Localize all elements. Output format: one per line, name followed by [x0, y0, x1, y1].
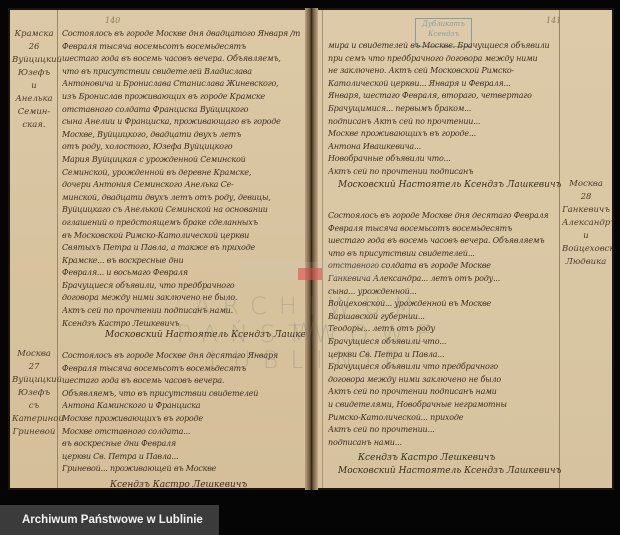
- text-line: Варшавской губернии...: [328, 311, 556, 324]
- margin-note-line: Крамска: [12, 28, 56, 41]
- margin-note-line: Ганкевичъ: [562, 204, 610, 217]
- text-line: шестаго года въ восемь часовъ вечера.: [62, 375, 300, 388]
- text-line: Ганкевича Александра... летъ отъ роду...: [328, 273, 556, 286]
- text-line: отставного солдата въ городе Москве: [328, 260, 556, 273]
- text-line: не заключено. Актъ сей Московской Римско…: [328, 65, 556, 78]
- text-line: сына Анелии и Франциска, проживающаго въ…: [62, 116, 300, 129]
- text-line: отъ роду, холостого, Юзефа Вуйцицкого: [62, 141, 300, 154]
- text-line: Антона Каминского и Франциска: [62, 400, 300, 413]
- book-spine: [305, 8, 318, 490]
- text-line: Актъ сей по прочтении подписанъ: [328, 166, 556, 179]
- text-line: Состоялось въ городе Москве дня десятаго…: [328, 210, 556, 223]
- text-line: Брачущимися... первымъ браком...: [328, 103, 556, 116]
- entry-28-margin-note: Москва 28 Ганкевичъ Александръ и Войцехо…: [562, 178, 610, 269]
- text-line: Января, шестаго Февраля, втораго, четвер…: [328, 90, 556, 103]
- stamp-line: Ксендзъ: [416, 29, 471, 39]
- text-line: въ воскресные дни Февраля: [62, 438, 300, 451]
- text-line: Брачущиеся объявили, что предбрачного: [62, 280, 300, 293]
- text-line: Москве, Вуйцицкого, двадцати двухъ летъ: [62, 129, 300, 142]
- text-line: оглашений о предстоящемъ браке сделанных…: [62, 217, 300, 230]
- text-line: Актъ сей по прочтении...: [328, 424, 556, 437]
- text-line: Католической церкви... Января и Февраля.…: [328, 78, 556, 91]
- right-entry-continuation-signature: Московский Настоятель Ксендзъ Лашкевичъ: [338, 180, 562, 190]
- text-line: мира и свидетелей въ Москве. Брачущиеся …: [328, 40, 556, 53]
- text-line: церкви Св. Петра и Павла...: [62, 451, 300, 464]
- text-line: Ксендзъ Кастро Лешкевичъ: [62, 318, 300, 331]
- margin-note-line: 27: [12, 361, 56, 374]
- stamp-line: Дубликатъ: [416, 19, 471, 29]
- text-line: минской, двадцати двухъ летъ отъ роду, д…: [62, 192, 300, 205]
- margin-note-line: Вуйцицкий: [12, 54, 56, 67]
- entry-28-text: Состоялось въ городе Москве дня десятаго…: [328, 210, 556, 449]
- entry-26-signature: Московский Настоятель Ксендзъ Лашкевичъ: [105, 330, 306, 340]
- right-inner-rule: [322, 10, 323, 488]
- text-line: церкви Св. Петра и Павла...: [328, 349, 556, 362]
- text-line: Войцеховской... урожденной въ Москве: [328, 298, 556, 311]
- margin-note-line: Войцеховская: [562, 243, 610, 256]
- left-page-number: 140: [105, 16, 120, 25]
- margin-note-line: Катериной: [12, 413, 56, 426]
- text-line: Римско-Католической... приходе: [328, 412, 556, 425]
- text-line: Февраля тысяча восемьсотъ восемьдесятъ: [62, 363, 300, 376]
- text-line: Актъ сей по прочтении подписанъ нами: [328, 386, 556, 399]
- entry-26-text: Состоялось въ городе Москве дня двадцато…: [62, 28, 300, 330]
- text-line: подписанъ Актъ сей по прочтении...: [328, 116, 556, 129]
- margin-note-line: Людвика: [562, 256, 610, 269]
- text-line: Февраля... и восьмаго Февраля: [62, 267, 300, 280]
- margin-note-line: 26: [12, 41, 56, 54]
- text-line: Крамске... въ воскресные дни: [62, 255, 300, 268]
- margin-note-line: Анелька: [12, 93, 56, 106]
- right-page-number: 141: [546, 16, 561, 25]
- text-line: при семъ что предбрачного договора между…: [328, 53, 556, 66]
- text-line: Теодоры... летъ отъ роду: [328, 323, 556, 336]
- margin-note-line: Семин-: [12, 106, 56, 119]
- text-line: договора между ними заключено не было: [328, 374, 556, 387]
- text-line: Антона Ивашкевича...: [328, 141, 556, 154]
- entry-27-signature: Ксендзъ Кастро Лешкевичъ: [110, 480, 247, 488]
- text-line: Гриневой... проживающей въ Москве: [62, 463, 300, 476]
- text-line: Февраля тысяча восемьсотъ восемьдесятъ: [62, 41, 300, 54]
- left-page: 140 Крамска 26 Вуйцицкий Юзефъ и Анелька…: [10, 10, 306, 488]
- text-line: подписанъ нами...: [328, 437, 556, 450]
- margin-note-line: Юзефъ: [12, 67, 56, 80]
- text-line: Актъ сей по прочтении подписанъ нами.: [62, 305, 300, 318]
- text-line: договора между ними заключено не было.: [62, 292, 300, 305]
- text-line: Антоновича и Бронислава Станислава Жинев…: [62, 78, 300, 91]
- margin-note-line: Юзефъ: [12, 387, 56, 400]
- text-line: въ Московской Римско-Католической церкви: [62, 230, 300, 243]
- archive-caption: Archiwum Państwowe w Lublinie: [0, 505, 219, 535]
- right-entry-continuation-text: мира и свидетелей въ Москве. Брачущиеся …: [328, 40, 556, 179]
- margin-note-line: и: [562, 230, 610, 243]
- margin-note-line: ская.: [12, 119, 56, 132]
- right-page: 141 Дубликатъ Ксендзъ мира и свидетелей …: [318, 10, 612, 488]
- text-line: Москве проживающихъ въ городе: [62, 413, 300, 426]
- margin-note-line: съ: [12, 400, 56, 413]
- text-line: что въ присутствии свидетелей...: [328, 248, 556, 261]
- text-line: Объявляемъ, что въ присутствии свидетеле…: [62, 388, 300, 401]
- text-line: Москве отставного солдата...: [62, 426, 300, 439]
- text-line: Брачущиеся объявили что предбрачного: [328, 361, 556, 374]
- text-line: шестаго года въ восемь часовъ вечера. Об…: [62, 53, 300, 66]
- margin-note-line: и: [12, 80, 56, 93]
- margin-note-line: Москва: [12, 348, 56, 361]
- text-line: Москве проживающихъ въ городе...: [328, 128, 556, 141]
- text-line: шестаго года въ восемь часовъ вечера. Об…: [328, 235, 556, 248]
- text-line: Февраля тысяча восемьсотъ восемьдесятъ: [328, 223, 556, 236]
- margin-note-line: 28: [562, 191, 610, 204]
- entry-27-margin-note: Москва 27 Вуйцицкий Юзефъ съ Катериной Г…: [12, 348, 56, 439]
- text-line: Состоялось въ городе Москве дня двадцато…: [62, 28, 300, 41]
- text-line: Святыхъ Петра и Павла, а также въ приход…: [62, 242, 300, 255]
- text-line: Брачущиеся объявили что...: [328, 336, 556, 349]
- margin-note-line: Гриневой: [12, 426, 56, 439]
- register-book-spread: 140 Крамска 26 Вуйцицкий Юзефъ и Анелька…: [8, 8, 614, 490]
- text-line: изъ Бронислав проживающих въ городе Крам…: [62, 91, 300, 104]
- entry-27-text: Состоялось въ городе Москве дня десятаго…: [62, 350, 300, 476]
- text-line: Семинской, урожденной въ деревне Крамске…: [62, 167, 300, 180]
- text-line: что въ присутствии свидетелей Владислава: [62, 66, 300, 79]
- entry-28-signature: Ксендзъ Кастро Лешкевичъ: [358, 453, 495, 463]
- text-line: сына... урожденной...: [328, 286, 556, 299]
- right-closing-note: Московский Настоятель Ксендзъ Лашкевичъ: [338, 466, 562, 476]
- text-line: Вуйцицкаго съ Анелькой Семинской на осно…: [62, 204, 300, 217]
- text-line: Мария Вуйцицкая с урожденной Семинской: [62, 154, 300, 167]
- text-line: отставного солдата Франциска Вуйцицкого: [62, 104, 300, 117]
- entry-26-margin-note: Крамска 26 Вуйцицкий Юзефъ и Анелька Сем…: [12, 28, 56, 132]
- right-margin-rule: [559, 10, 560, 488]
- text-line: и свидетелями, Новобрачные неграмотны: [328, 399, 556, 412]
- margin-note-line: Александръ: [562, 217, 610, 230]
- document-viewer: 140 Крамска 26 Вуйцицкий Юзефъ и Анелька…: [0, 0, 620, 535]
- margin-note-line: Вуйцицкий: [12, 374, 56, 387]
- text-line: Новобрачные объявили что...: [328, 153, 556, 166]
- margin-note-line: Москва: [562, 178, 610, 191]
- text-line: Состоялось въ городе Москве дня десятаго…: [62, 350, 300, 363]
- text-line: дочери Антония Семинского Анелька Се-: [62, 179, 300, 192]
